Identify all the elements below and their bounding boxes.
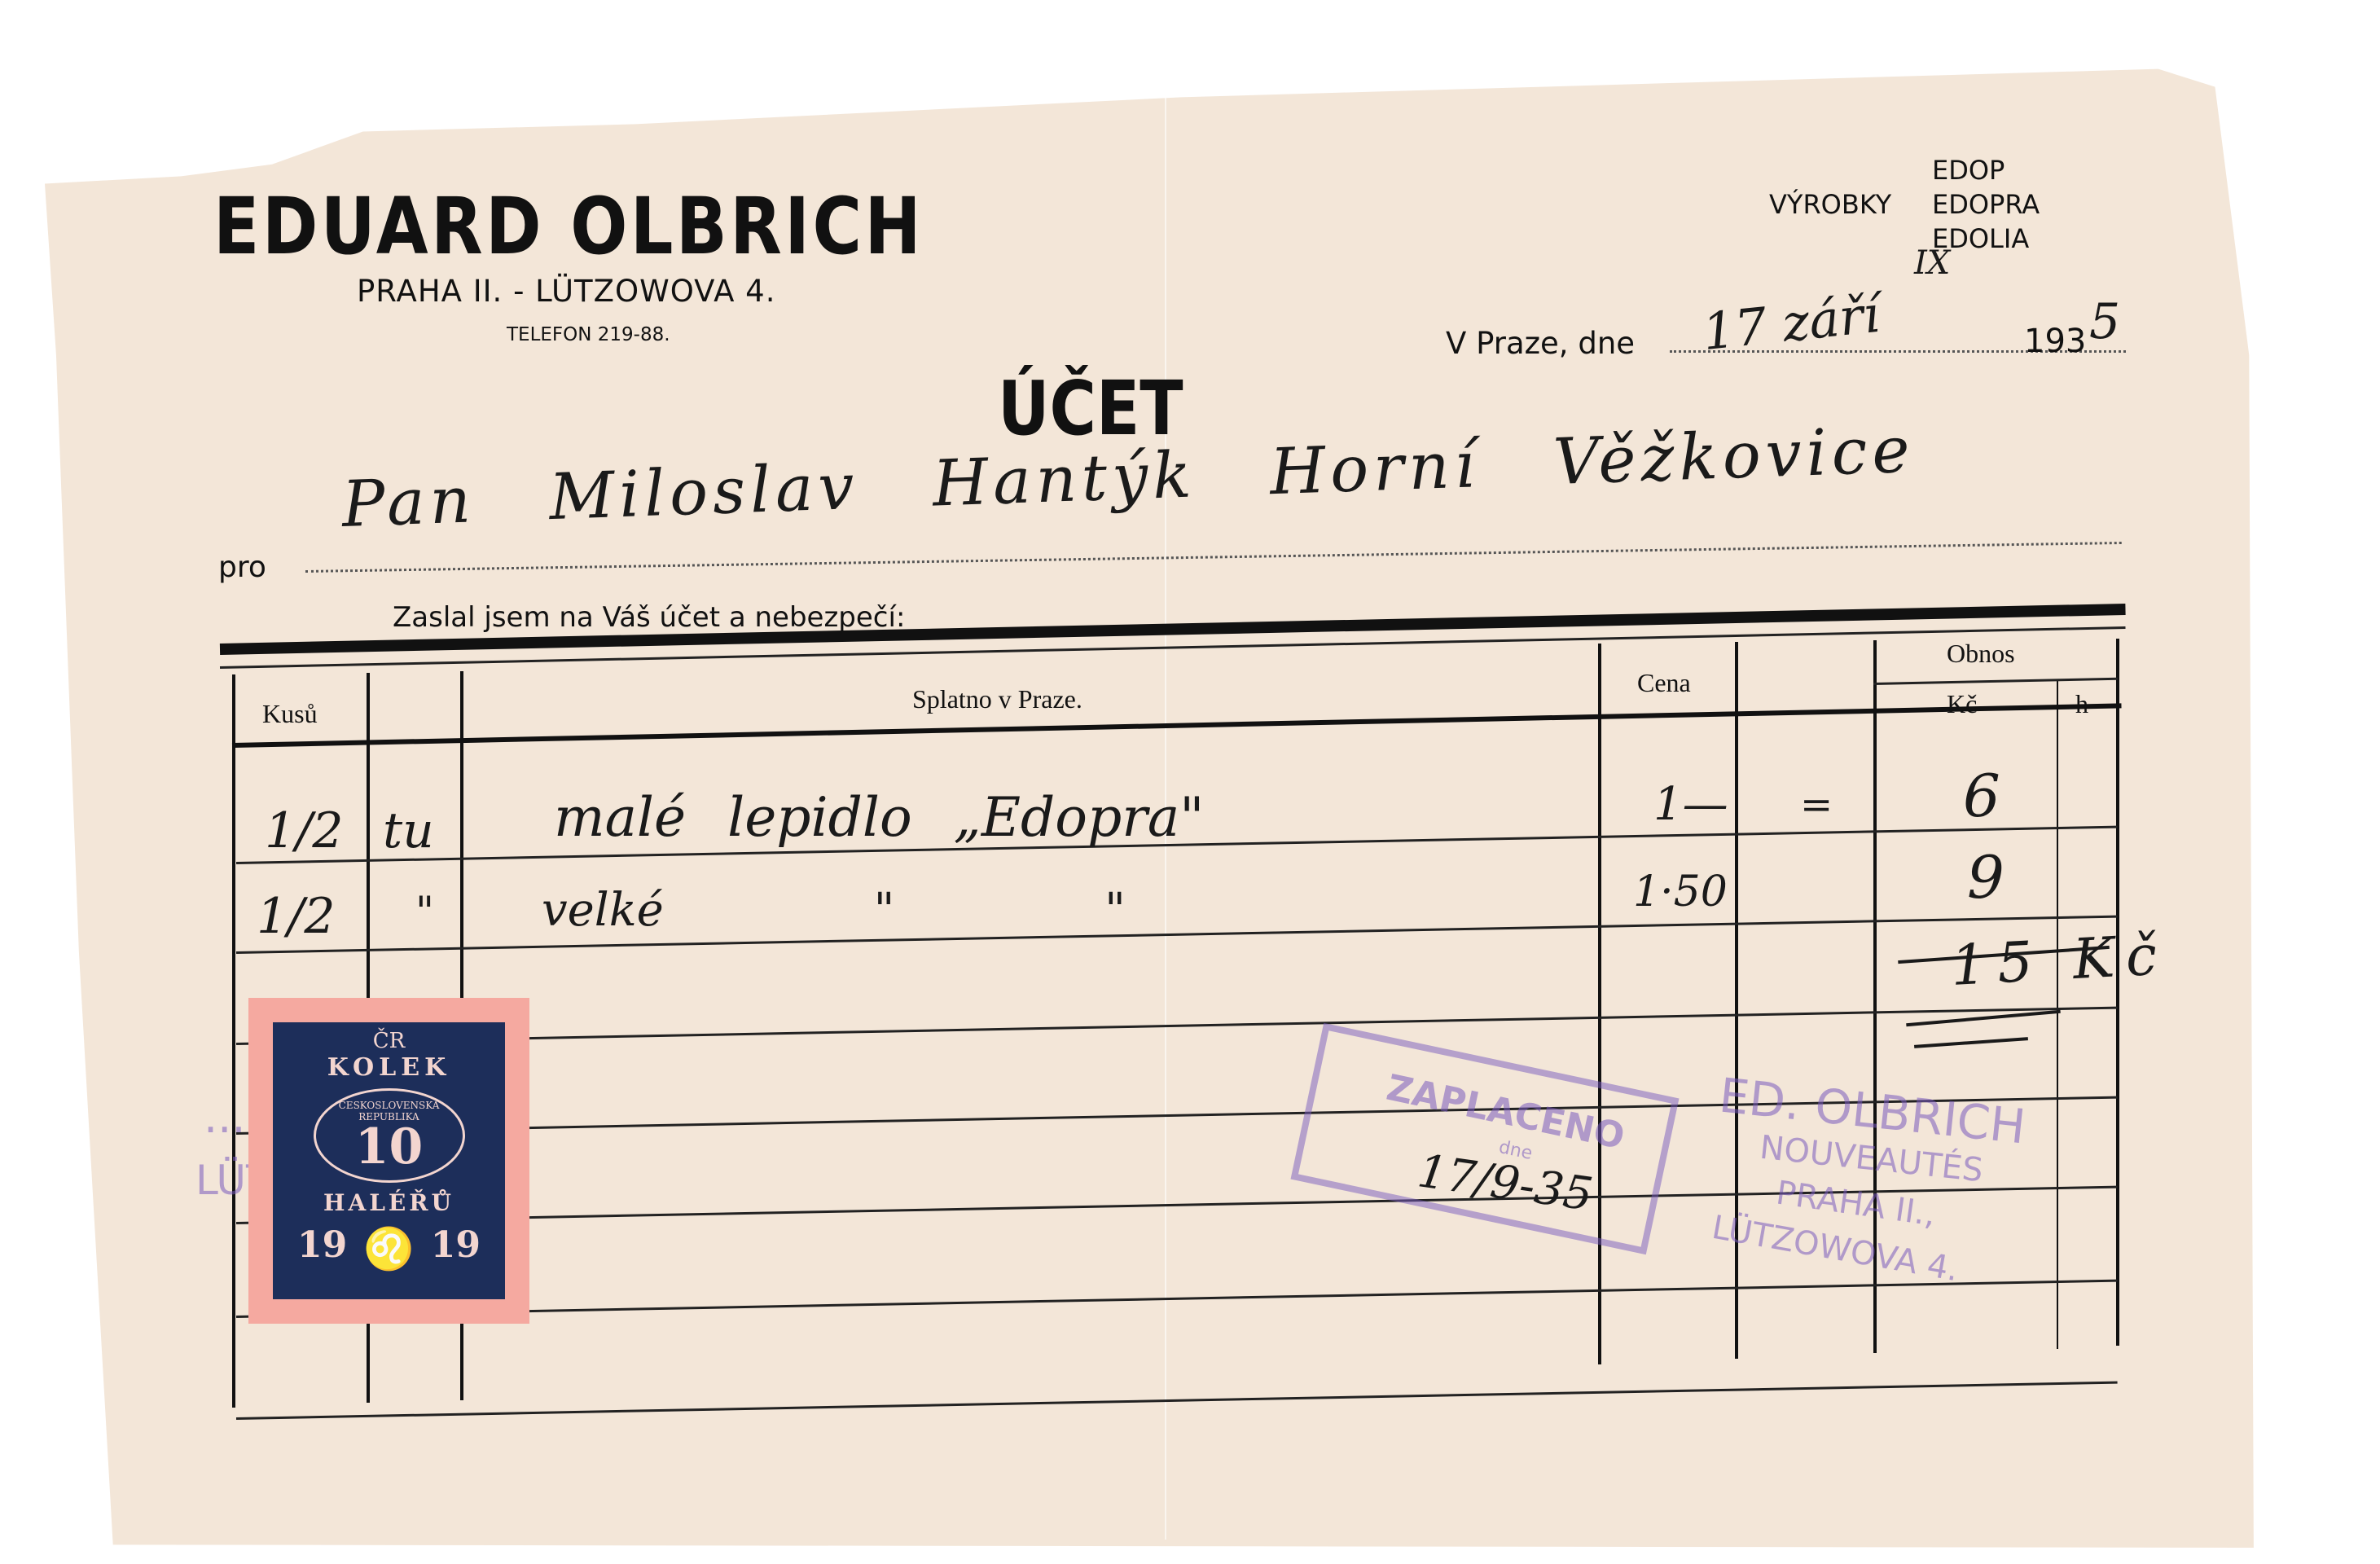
stamp-currency: HALÉŘŮ <box>273 1189 505 1216</box>
document-title: ÚČET <box>998 365 1183 452</box>
revenue-stamp: ČR KOLEK ČESKOSLOVENSKÁ REPUBLIKA 10 HAL… <box>248 998 529 1324</box>
company-address: PRAHA II. - LÜTZOWOVA 4. <box>357 274 776 309</box>
header-amount: Obnos <box>1947 639 2015 669</box>
header-description: Splatno v Praze. <box>912 684 1082 714</box>
year-prefix: 193 <box>2024 323 2086 360</box>
row-price: 1— <box>1653 778 1728 831</box>
row-unit: tu <box>383 802 434 859</box>
total-amount: 15 Kč <box>1949 923 2170 999</box>
col-line <box>1598 644 1601 1364</box>
col-line <box>1735 642 1738 1359</box>
stamp-kolek: KOLEK <box>273 1053 505 1082</box>
col-line <box>2057 681 2058 1349</box>
year-suffix: 5 <box>2089 293 2120 350</box>
stamp-value: 10 <box>355 1122 424 1171</box>
row-amount-kc: 9 <box>1967 843 2005 912</box>
header-amount-kc: Kč <box>1947 689 1977 719</box>
shipped-text: Zaslal jsem na Váš účet a nebezpečí: <box>393 601 905 634</box>
header-amount-h: h <box>2075 689 2088 719</box>
row-unit: " <box>415 888 434 935</box>
handwritten-month-roman: IX <box>1914 244 1950 282</box>
stamp-year-right: 19 <box>431 1224 481 1273</box>
company-name: EDUARD OLBRICH <box>213 181 924 272</box>
lion-emblem-icon: ♌ <box>363 1224 414 1273</box>
row-equals: = <box>1800 782 1833 828</box>
company-telephone: TELEFON 219-88. <box>507 324 670 345</box>
products-label: VÝROBKY <box>1769 189 1891 220</box>
row-description: velké " " <box>542 884 1126 937</box>
product-edop: EDOP <box>1932 155 2005 186</box>
product-edopra: EDOPRA <box>1932 189 2040 220</box>
stamp-year-left: 19 <box>297 1224 347 1273</box>
recipient-label: pro <box>218 551 266 584</box>
col-line <box>232 674 235 1408</box>
row-price: 1·50 <box>1633 868 1728 916</box>
date-label: V Praze, dne <box>1446 326 1635 361</box>
row-qty: 1/2 <box>265 802 344 859</box>
col-line <box>2116 639 2119 1346</box>
row-qty: 1/2 <box>257 888 336 945</box>
header-price: Cena <box>1637 668 1691 698</box>
header-qty: Kusů <box>262 699 318 729</box>
row-description: malé lepidlo „Edopra" <box>554 786 1205 849</box>
row-amount-kc: 6 <box>1963 762 2000 830</box>
stamp-monogram: ČR <box>273 1029 505 1053</box>
